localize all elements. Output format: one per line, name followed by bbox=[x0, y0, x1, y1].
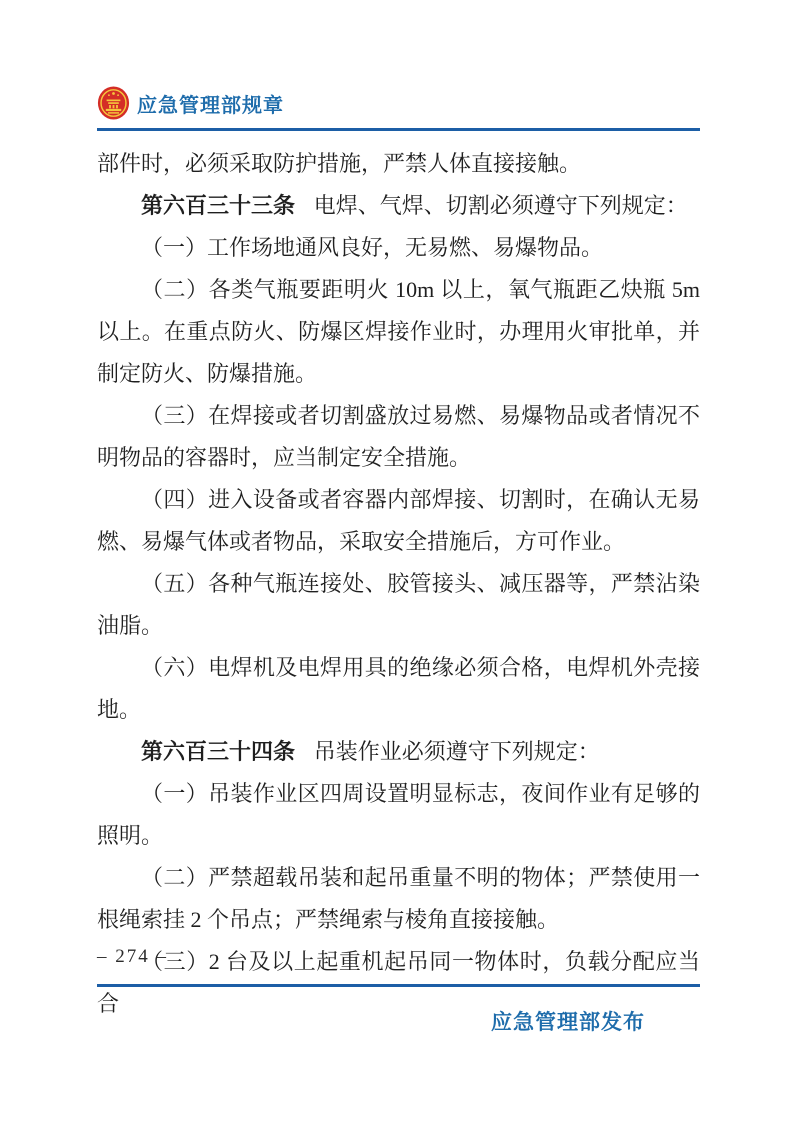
article-number-label: 第六百三十三条 bbox=[141, 193, 295, 218]
paragraph: （三）在焊接或者切割盛放过易燃、易爆物品或者情况不明物品的容器时，应当制定安全措… bbox=[97, 395, 700, 479]
publisher-label: 应急管理部发布 bbox=[491, 1006, 645, 1036]
header-rule bbox=[97, 128, 700, 131]
page-header: 应急管理部规章 bbox=[97, 84, 700, 122]
paragraph: 第六百三十四条吊装作业必须遵守下列规定： bbox=[97, 731, 700, 773]
china-national-emblem-icon bbox=[97, 85, 130, 121]
agency-tag-title: 应急管理部规章 bbox=[137, 89, 284, 118]
paragraph: （二）各类气瓶要距明火 10m 以上，氧气瓶距乙炔瓶 5m 以上。在重点防火、防… bbox=[97, 269, 700, 395]
page-number: – 274 – bbox=[97, 946, 168, 968]
document-body: 部件时，必须采取防护措施，严禁人体直接接触。第六百三十三条电焊、气焊、切割必须遵… bbox=[97, 143, 700, 1025]
paragraph: （五）各种气瓶连接处、胶管接头、减压器等，严禁沾染油脂。 bbox=[97, 563, 700, 647]
document-page: 应急管理部规章 部件时，必须采取防护措施，严禁人体直接接触。第六百三十三条电焊、… bbox=[0, 0, 793, 1122]
paragraph: （一）吊装作业区四周设置明显标志，夜间作业有足够的照明。 bbox=[97, 773, 700, 857]
paragraph: （四）进入设备或者容器内部焊接、切割时，在确认无易燃、易爆气体或者物品，采取安全… bbox=[97, 479, 700, 563]
article-number-label: 第六百三十四条 bbox=[141, 739, 295, 764]
paragraph: （六）电焊机及电焊用具的绝缘必须合格，电焊机外壳接地。 bbox=[97, 647, 700, 731]
paragraph: 第六百三十三条电焊、气焊、切割必须遵守下列规定： bbox=[97, 185, 700, 227]
paragraph: （一）工作场地通风良好，无易燃、易爆物品。 bbox=[97, 227, 700, 269]
paragraph: （二）严禁超载吊装和起吊重量不明的物体；严禁使用一根绳索挂 2 个吊点；严禁绳索… bbox=[97, 857, 700, 941]
paragraph: 部件时，必须采取防护措施，严禁人体直接接触。 bbox=[97, 143, 700, 185]
footer-rule bbox=[97, 984, 700, 987]
